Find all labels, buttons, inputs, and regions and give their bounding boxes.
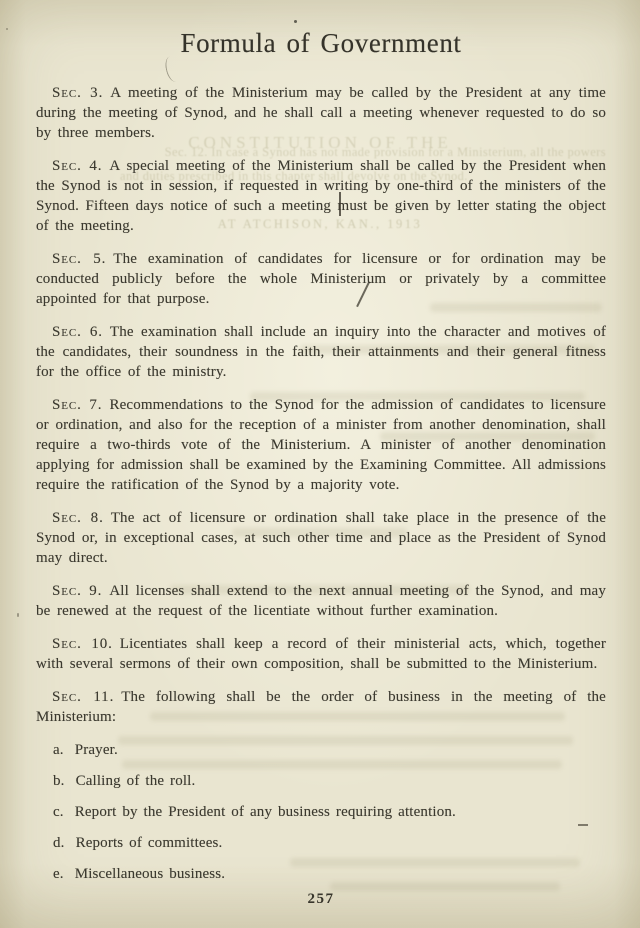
- list-item-label: d.: [53, 835, 76, 851]
- page-content: Formula of Government Sec. 3.A meeting o…: [0, 0, 640, 928]
- list-item-b: b.Calling of the roll.: [53, 771, 606, 791]
- list-item-text: Prayer.: [75, 742, 118, 758]
- list-item-d: d.Reports of committees.: [53, 833, 606, 853]
- list-item-label: e.: [53, 866, 75, 882]
- section-paragraph-6: Sec. 6.The examination shall include an …: [36, 322, 606, 382]
- list-item-a: a.Prayer.: [53, 740, 606, 760]
- section-text: All licenses shall extend to the next an…: [36, 583, 606, 619]
- section-paragraph-3: Sec. 3.A meeting of the Ministerium may …: [36, 83, 606, 143]
- section-label: Sec. 8.: [52, 510, 111, 526]
- section-paragraph-8: Sec. 8.The act of licensure or ordinatio…: [36, 508, 606, 568]
- section-paragraph-5: Sec. 5.The examination of candidates for…: [36, 249, 606, 309]
- section-text: A meeting of the Ministerium may be call…: [36, 85, 606, 141]
- section-text: The act of licensure or ordination shall…: [36, 510, 606, 566]
- section-paragraph-7: Sec. 7.Recommendations to the Synod for …: [36, 395, 606, 495]
- list-item-label: b.: [53, 773, 76, 789]
- scanned-book-page: { "document": { "title": "Formula of Gov…: [0, 0, 640, 928]
- list-item-label: c.: [53, 804, 75, 820]
- list-item-text: Miscellaneous business.: [75, 866, 225, 882]
- page-title: Formula of Government: [36, 28, 606, 59]
- section-paragraph-4: Sec. 4.A special meeting of the Minister…: [36, 156, 606, 236]
- section-label: Sec. 7.: [52, 397, 109, 413]
- section-label: Sec. 3.: [52, 85, 110, 101]
- section-paragraph-9: Sec. 9.All licenses shall extend to the …: [36, 581, 606, 621]
- section-text: The examination shall include an inquiry…: [36, 324, 606, 380]
- list-item-label: a.: [53, 742, 75, 758]
- list-item-text: Report by the President of any business …: [75, 804, 456, 820]
- section-label: Sec. 5.: [52, 251, 113, 267]
- section-text: Recommendations to the Synod for the adm…: [36, 397, 606, 493]
- list-item-text: Reports of committees.: [76, 835, 223, 851]
- section-label: Sec. 10.: [52, 636, 120, 652]
- list-item-e: e.Miscellaneous business.: [53, 864, 606, 884]
- section-label: Sec. 11.: [52, 689, 121, 705]
- section-label: Sec. 6.: [52, 324, 110, 340]
- section-paragraph-11: Sec. 11.The following shall be the order…: [36, 687, 606, 727]
- section-label: Sec. 9.: [52, 583, 109, 599]
- list-item-c: c.Report by the President of any busines…: [53, 802, 606, 822]
- section-text: The following shall be the order of busi…: [36, 689, 606, 725]
- section-paragraph-10: Sec. 10.Licentiates shall keep a record …: [36, 634, 606, 674]
- list-item-text: Calling of the roll.: [76, 773, 196, 789]
- page-number: 257: [36, 891, 606, 908]
- order-of-business-list: a.Prayer. b.Calling of the roll. c.Repor…: [36, 740, 606, 884]
- section-text: A special meeting of the Ministerium sha…: [36, 158, 606, 234]
- section-label: Sec. 4.: [52, 158, 109, 174]
- section-text: The examination of candidates for licens…: [36, 251, 606, 307]
- section-text: Licentiates shall keep a record of their…: [36, 636, 606, 672]
